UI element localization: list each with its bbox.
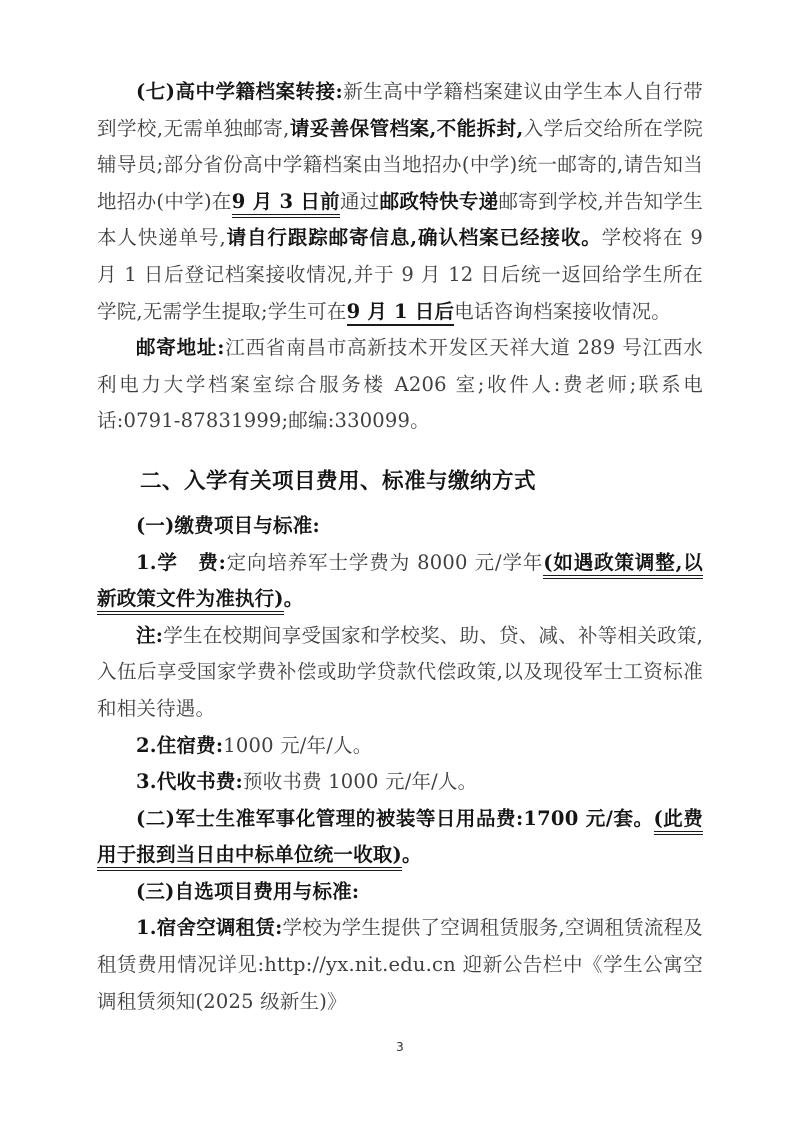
bold-text-run: 。 <box>402 843 422 866</box>
para-book-fee: 3.代收书费:预收书费 1000 元/年/人。 <box>97 764 703 801</box>
bold-text-run: 。 <box>284 587 304 610</box>
bold-text-run: (七)高中学籍档案转接: <box>136 80 343 103</box>
bold-text-run: (一)缴费项目与标准: <box>136 514 320 537</box>
para-supplies-fee: (二)军士生准军事化管理的被装等日用品费:1700 元/套。(此费用于报到当日由… <box>97 801 703 874</box>
para-ac-rental: 1.宿舍空调租赁:学校为学生提供了空调租赁服务,空调租赁流程及租赁费用情况详见:… <box>97 910 703 1020</box>
bold-text-run: 1.学 费: <box>136 551 226 574</box>
bold-text-run: 1.宿舍空调租赁: <box>136 916 282 939</box>
para-mailing-address: 邮寄地址:江西省南昌市高新技术开发区天祥大道 289 号江西水利电力大学档案室综… <box>97 330 703 440</box>
text-run: 通过 <box>340 190 380 213</box>
document-page: (七)高中学籍档案转接:新生高中学籍档案建议由学生本人自行带到学校,无需单独邮寄… <box>0 0 800 1132</box>
bold-text-run: (三)自选项目费用与标准: <box>136 880 359 903</box>
bold-text-run: 邮政特快专递 <box>380 190 499 213</box>
section-heading-fees: 二、入学有关项目费用、标准与缴纳方式 <box>97 462 703 502</box>
bold-text-run: (二)军士生准军事化管理的被装等日用品费:1700 元/套。 <box>136 807 654 830</box>
text-run: 1000 元/年/人。 <box>223 734 372 757</box>
para-archive-transfer: (七)高中学籍档案转接:新生高中学籍档案建议由学生本人自行带到学校,无需单独邮寄… <box>97 74 703 330</box>
bold-text-run: 邮寄地址: <box>136 336 225 359</box>
bold-text-run: 3.代收书费: <box>136 770 243 793</box>
text-run: 定向培养军士学费为 8000 元/学年 <box>226 551 543 574</box>
para-accommodation-fee: 2.住宿费:1000 元/年/人。 <box>97 728 703 765</box>
bold-text-run: 二、入学有关项目费用、标准与缴纳方式 <box>140 469 536 494</box>
bold-text-run: 请妥善保管档案,不能拆封, <box>290 117 524 140</box>
bold-text-run: 2.住宿费: <box>136 734 223 757</box>
para-tuition-note: 注:学生在校期间享受国家和学校奖、助、贷、减、补等相关政策,入伍后享受国家学费补… <box>97 618 703 728</box>
bold-text-run: 请自行跟踪邮寄信息,确认档案已经接收。 <box>226 226 602 249</box>
para-tuition-fee: 1.学 费:定向培养军士学费为 8000 元/学年(如遇政策调整,以新政策文件为… <box>97 545 703 618</box>
text-run: 电话咨询档案接收情况。 <box>454 300 671 323</box>
page-number: 3 <box>0 1040 800 1054</box>
text-run: 学生在校期间享受国家和学校奖、助、贷、减、补等相关政策,入伍后享受国家学费补偿或… <box>97 624 703 720</box>
para-optional-items-header: (三)自选项目费用与标准: <box>97 874 703 911</box>
bold-text-run: 注: <box>136 624 163 647</box>
bold-text-run: 9 月 1 日后 <box>347 300 455 326</box>
bold-text-run: 9 月 3 日前 <box>232 190 340 218</box>
para-fee-items-header: (一)缴费项目与标准: <box>97 508 703 545</box>
text-run: 预收书费 1000 元/年/人。 <box>243 770 477 793</box>
